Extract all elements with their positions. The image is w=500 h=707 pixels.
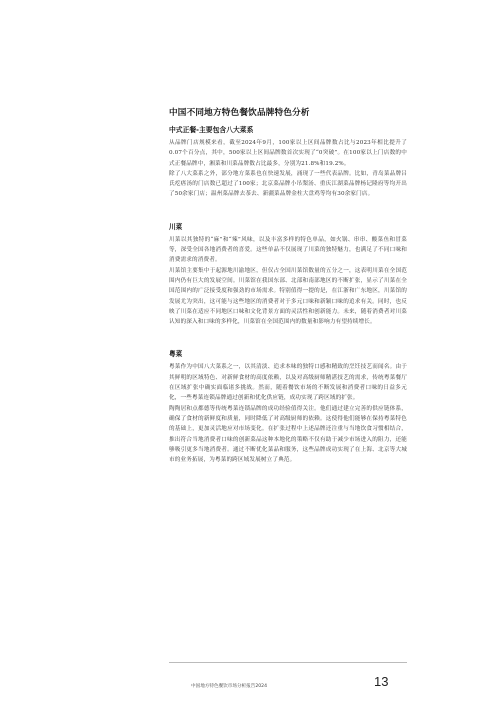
section-paragraph: 川菜以其独特的“麻”和“辣”风味，以及丰富多样的特色单品，如火锅、串串、酸菜鱼和… [169,235,407,266]
section-paragraph: 粤菜作为中国八大菜系之一，以其清淡、追求本味的独特口感和精致的烹饪技艺而闻名。由… [169,362,407,403]
section-heading-sichuan: 川菜 [169,222,407,233]
footer-report-name: 中国地方特色餐饮市场分析报告2024 [191,683,267,689]
intro-paragraph: 除了八大菜系之外，部分地方菜系也在快速发展，涌现了一些代表品牌。比如，青岛菜品牌… [169,169,407,200]
document-page: 中国不同地方特色餐饮品牌特色分析 中式正餐-主要包含八大菜系 从品牌门店规模来看… [0,0,500,707]
section-paragraph: 陶陶居和点都德等传统粤菜连锁品牌的成功经验值得关注。他们通过建立完善的供应链体系… [169,404,407,466]
intro-paragraph: 从品牌门店规模来看，截至2024年9月，100家以上区间品牌数占比与2023年相… [169,138,407,169]
section-heading-cantonese: 粤菜 [169,349,407,360]
page-number: 13 [374,674,388,689]
page-title: 中国不同地方特色餐饮品牌特色分析 [169,107,407,119]
page-content: 中国不同地方特色餐饮品牌特色分析 中式正餐-主要包含八大菜系 从品牌门店规模来看… [169,107,407,465]
section-subtitle: 中式正餐-主要包含八大菜系 [169,125,407,136]
spacer [169,327,407,349]
footer-divider [169,662,407,663]
spacer [169,200,407,222]
section-paragraph: 川菜馆主要集中于起源地川渝地区，但仅占全国川菜馆数量的五分之一，这表明川菜在全国… [169,266,407,328]
